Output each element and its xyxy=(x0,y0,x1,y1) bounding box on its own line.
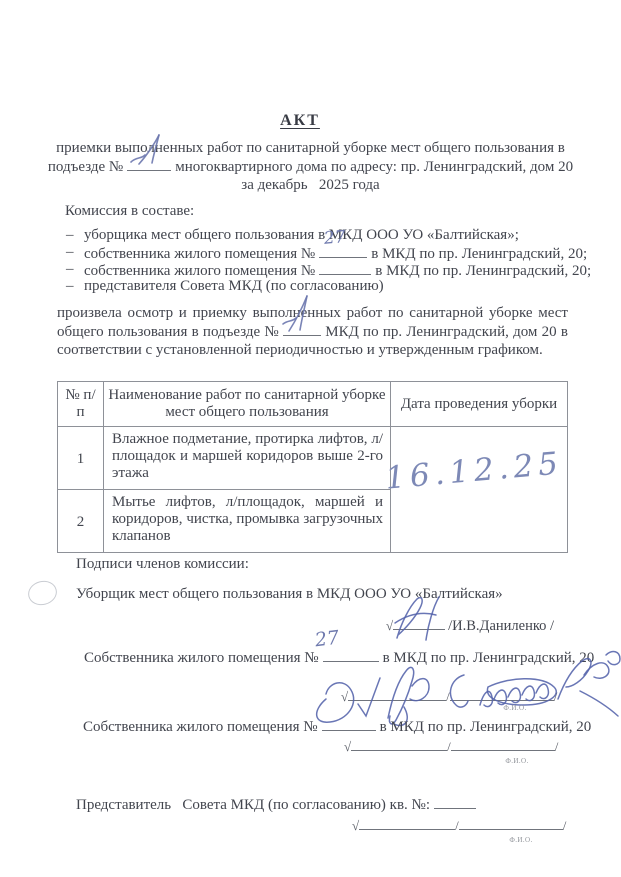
owner1-label-pre: Собственника жилого помещения № xyxy=(84,650,319,666)
intro-line-2-post: многоквартирного дома по адресу: пр. Лен… xyxy=(175,159,573,175)
handwritten-apartment-number: 27 xyxy=(324,229,347,248)
intro-line-3: за декабрь 2025 года xyxy=(8,176,613,194)
representative-signature-line: √// xyxy=(352,816,566,833)
signature-blank xyxy=(393,616,445,630)
page-title: АКТ xyxy=(280,112,320,129)
signature-slash: / xyxy=(563,818,567,833)
signatures-heading: Подписи членов комиссии: xyxy=(76,556,249,573)
signature-tick: √ xyxy=(352,818,359,833)
owner1-signature-line: √// xyxy=(341,687,557,704)
table-header-num: № п/п xyxy=(58,382,104,427)
signature-tick: √ xyxy=(344,739,351,754)
scanned-act-document: АКТ приемки выполненных работ по санитар… xyxy=(0,0,621,877)
handwritten-apartment-number: 27 xyxy=(314,631,340,649)
owner2-label-pre: Собственника жилого помещения № xyxy=(83,719,318,735)
cleaner-signature-line: √/И.В.Даниленко / xyxy=(386,616,554,633)
cleaner-signature-label: Уборщик мест общего пользования в МКД ОО… xyxy=(76,587,503,602)
table-header-row: № п/п Наименование работ по санитарной у… xyxy=(58,382,568,427)
handwritten-cleaning-date: 16.12.25 xyxy=(384,445,565,496)
inspection-paragraph: произвела осмотр и приемку выполненных р… xyxy=(57,304,568,359)
intro-block: приемки выполненных работ по санитарной … xyxy=(8,139,613,194)
list-dash: – xyxy=(66,227,84,244)
works-table: № п/п Наименование работ по санитарной у… xyxy=(57,381,568,553)
owner1-label-post: в МКД по пр. Ленинградский, 20 xyxy=(383,650,595,666)
fio-label: Ф.И.О. xyxy=(482,757,552,765)
entrance-number-blank xyxy=(283,322,321,336)
intro-line-2-pre: подъезде № xyxy=(48,159,123,175)
member-text-pre: собственника жилого помещения № xyxy=(84,246,315,262)
signature-blank xyxy=(451,737,555,751)
signature-blank xyxy=(450,687,554,701)
fio-label: Ф.И.О. xyxy=(480,704,550,712)
intro-line-1: приемки выполненных работ по санитарной … xyxy=(8,139,613,157)
signature-tick: √ xyxy=(341,689,348,704)
member-text-post: в МКД по пр. Ленинградский, 20; xyxy=(375,263,591,279)
apartment-number-blank: 27 xyxy=(319,244,367,258)
title-row: АКТ xyxy=(0,112,600,130)
signature-slash: / xyxy=(555,739,559,754)
commission-member-text: представителя Совета МКД (по согласовани… xyxy=(84,278,384,295)
row-number-cell: 2 xyxy=(58,490,104,553)
representative-label-text: Представитель Совета МКД (по согласовани… xyxy=(76,797,430,813)
signature-blank xyxy=(459,816,563,830)
signature-blank xyxy=(351,737,447,751)
cleaner-signature-name: /И.В.Даниленко / xyxy=(448,618,554,634)
owner2-signature-label: Собственника жилого помещения №в МКД по … xyxy=(83,717,591,735)
signature-tick: √ xyxy=(386,618,393,633)
row-number-cell: 1 xyxy=(58,427,104,490)
owner1-signature-label: Собственника жилого помещения №27в МКД п… xyxy=(84,648,594,666)
cleaning-date-cell: 16.12.25 xyxy=(391,427,568,553)
commission-member: – представителя Совета МКД (по согласова… xyxy=(66,278,606,295)
signature-slash: / xyxy=(554,689,558,704)
table-header-name: Наименование работ по санитарной уборке … xyxy=(104,382,391,427)
entrance-number-blank xyxy=(127,157,171,171)
work-name-cell: Мытье лифтов, л/площадок, маршей и корид… xyxy=(104,490,391,553)
apartment-number-blank xyxy=(322,717,376,731)
table-header-date: Дата проведения уборки xyxy=(391,382,568,427)
member-text-pre: собственника жилого помещения № xyxy=(84,263,315,279)
signature-blank xyxy=(359,816,455,830)
apartment-number-blank xyxy=(434,795,476,809)
fio-label: Ф.И.О. xyxy=(486,836,556,844)
hole-punch-mark xyxy=(26,578,60,608)
commission-heading: Комиссия в составе: xyxy=(65,203,194,220)
list-dash: – xyxy=(66,278,84,295)
intro-line-2: подъезде №многоквартирного дома по адрес… xyxy=(8,157,613,176)
commission-member-text: уборщика мест общего пользования в МКД О… xyxy=(84,227,519,244)
member-text-post: в МКД по пр. Ленинградский, 20; xyxy=(371,246,587,262)
table-row: 1 Влажное подметание, протирка лифтов, л… xyxy=(58,427,568,490)
work-name-cell: Влажное подметание, протирка лифтов, л/п… xyxy=(104,427,391,490)
apartment-number-blank xyxy=(319,261,371,275)
signature-blank xyxy=(348,687,446,701)
representative-label: Представитель Совета МКД (по согласовани… xyxy=(76,795,480,813)
apartment-number-blank: 27 xyxy=(323,648,379,662)
owner2-signature-line: √// xyxy=(344,737,558,754)
owner2-label-post: в МКД по пр. Ленинградский, 20 xyxy=(380,719,592,735)
